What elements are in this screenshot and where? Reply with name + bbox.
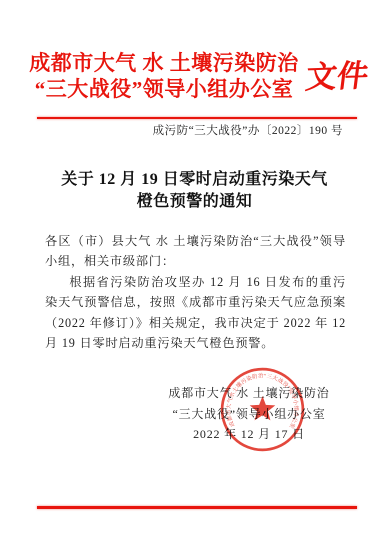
doc-number: 成污防“三大战役”办〔2022〕190 号 — [153, 123, 343, 140]
signature-block: 成都市大气 水 土壤污染防治 “三大战役”领导小组办公室 2022 年 12 月… — [166, 383, 332, 445]
doc-body: 各区（市）县大气 水 土壤污染防治“三大战役”领导小组，相关市级部门： 根据省污… — [45, 231, 346, 353]
letterhead-org-line1: 成都市大气 水 土壤污染防治 — [29, 50, 299, 76]
signature-org-line1: 成都市大气 水 土壤污染防治 — [166, 383, 332, 404]
letterhead: 成都市大气 水 土壤污染防治 “三大战役”领导小组办公室 文件 — [38, 50, 359, 102]
doc-title-line1: 关于 12 月 19 日零时启动重污染天气 — [0, 169, 389, 191]
letterhead-doc-type: 文件 — [304, 59, 370, 92]
signature-date: 2022 年 12 月 17 日 — [166, 424, 332, 445]
salutation: 各区（市）县大气 水 土壤污染防治“三大战役”领导小组，相关市级部门： — [45, 231, 346, 272]
letterhead-org-name: 成都市大气 水 土壤污染防治 “三大战役”领导小组办公室 — [29, 50, 299, 102]
body-paragraph: 根据省污染防治攻坚办 12 月 16 日发布的重污染天气预警信息，按照《成都市重… — [45, 272, 346, 354]
footer-divider-line — [37, 506, 357, 509]
signature-org-line2: “三大战役”领导小组办公室 — [166, 404, 332, 425]
doc-title-line2: 橙色预警的通知 — [0, 191, 389, 213]
document-page: 成都市大气 水 土壤污染防治 “三大战役”领导小组办公室 文件 成污防“三大战役… — [0, 0, 389, 547]
letterhead-org-line2: “三大战役”领导小组办公室 — [29, 76, 299, 102]
doc-title: 关于 12 月 19 日零时启动重污染天气 橙色预警的通知 — [0, 169, 389, 213]
letterhead-divider-line — [37, 117, 357, 119]
